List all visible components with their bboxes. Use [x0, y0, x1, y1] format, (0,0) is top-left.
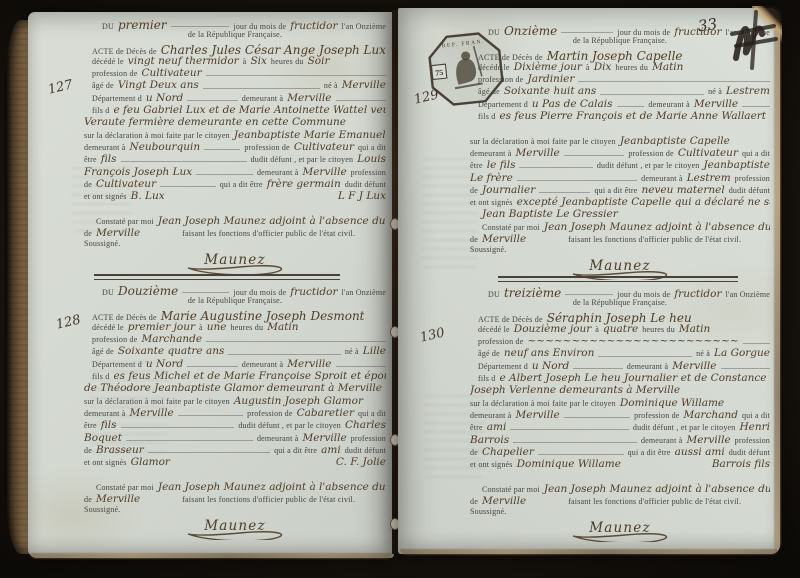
blank-line	[513, 442, 637, 443]
officer-signature: Maunez	[565, 258, 675, 280]
printed-signed-label: et ont signés	[470, 198, 513, 207]
printed-at-label: à	[199, 323, 203, 332]
printed-residing-label: demeurant à	[257, 434, 299, 443]
blank-line	[178, 415, 243, 416]
printed-residing-label: demeurant à	[242, 94, 284, 103]
printed-of-label: de	[84, 495, 92, 504]
handwritten-declarant2-residence: Merville	[302, 432, 346, 444]
printed-who-said-label: qui a dit	[358, 143, 386, 152]
printed-declaration-label: sur la déclaration à moi faite par le ci…	[84, 397, 230, 406]
printed-of-label: de	[470, 235, 478, 244]
printed-de-label: de	[84, 180, 92, 189]
printed-of-deceased2-label: dudit défunt	[345, 446, 386, 455]
act-department-line: Département d u Nord demeurant à Mervill…	[84, 92, 386, 104]
printed-certified-label: Constaté par moi	[96, 483, 154, 492]
printed-son-of-label: fils d	[92, 106, 109, 115]
handwritten-department: u Nord	[532, 360, 569, 372]
handwritten-declarant2-name-start: Henri	[739, 421, 770, 433]
printed-son-of-label: fils d	[478, 112, 495, 121]
act-profession-line: profession de Cultivateur	[84, 67, 386, 79]
handwritten-commune: Merville	[96, 493, 140, 505]
handwritten-death-day: premier jour	[128, 321, 195, 333]
act-parents-line: fils d es feus Pierre François et de Mar…	[470, 110, 770, 122]
handwritten-residence: Merville	[694, 98, 738, 110]
handwritten-residence: Merville	[287, 92, 331, 104]
handwritten-parents-continued: de Théodore Jeanbaptiste Glamor demeuran…	[84, 382, 382, 394]
act-certified-line: Constaté par moi Jean Joseph Maunez adjo…	[84, 215, 386, 227]
printed-profession-word: profession	[735, 436, 770, 445]
act-republic-line: de la République Française.	[84, 30, 386, 42]
blank-line	[517, 180, 637, 181]
act-declarant1-line: demeurant à Merville profession de Culti…	[470, 147, 770, 159]
handwritten-birthplace: Merville	[342, 79, 386, 91]
act-relation2-line: de Cultivateur qui a dit être frère germ…	[84, 178, 386, 190]
page-right: 33 REP. FRAN. 75 129 130 DU Onzième jour…	[398, 8, 780, 554]
printed-to-be-label: être	[470, 161, 483, 170]
printed-at-label: à	[586, 63, 590, 72]
blank-line	[206, 341, 386, 342]
act-profession-line: profession de Jardinier	[470, 73, 770, 85]
printed-age-label: âgé de	[478, 349, 500, 358]
blank-line	[598, 356, 692, 357]
handwritten-signature-left: excepté Jeanbaptiste Capelle qui a décla…	[517, 196, 770, 208]
act-declarant2-line: Boquet demeurant à Merville profession	[84, 432, 386, 444]
printed-of-deceased-label: dudit défunt , et par le citoyen	[597, 161, 700, 170]
handwritten-declarant1-profession: Cabaretier	[297, 407, 354, 419]
printed-to-be-label: être	[84, 421, 97, 430]
handwritten-department: u Nord	[146, 92, 183, 104]
blank-line	[617, 106, 645, 107]
act-date-line: DU treizième jour du mois de fructidor l…	[470, 286, 770, 298]
handwritten-birthplace: Lestrem	[726, 85, 770, 97]
handwritten-declarant1-name: Jeanbaptiste Capelle	[620, 135, 730, 147]
act-declarant1-line: demeurant à Neubourquin profession de Cu…	[84, 141, 386, 153]
act-name-line: ACTE de Décès de Martin Joseph Capelle	[470, 49, 770, 61]
handwritten-residence: Merville	[287, 358, 331, 370]
handwritten-death-day: Dixième jour	[514, 61, 582, 73]
act-commune-line: de Merville faisant les fonctions d'offi…	[84, 227, 386, 239]
printed-signed-label: et ont signés	[84, 458, 127, 467]
act-age-line: âgé de Soixante huit ans né à Lestrem	[470, 85, 770, 97]
printed-at-label: à	[595, 325, 599, 334]
printed-profession-label: profession de	[244, 143, 289, 152]
printed-du-label: DU	[488, 28, 500, 37]
act-officer-signature-line: Maunez	[84, 518, 386, 540]
blank-line	[187, 100, 238, 101]
printed-republic-label: de la République Française.	[573, 36, 667, 45]
printed-certified-label: Constaté par moi	[482, 223, 540, 232]
printed-born-label: né à	[324, 81, 338, 90]
act-declarant2-line: Barrois demeurant à Merville profession	[470, 434, 770, 446]
printed-hours-label: heures du	[231, 323, 264, 332]
act-relation2-line: de Chapelier qui a dit être aussi ami du…	[470, 446, 770, 458]
printed-signed-label: et ont signés	[470, 460, 513, 469]
blank-line	[171, 26, 230, 27]
act-parents-line: fils d e Albert Joseph Le heu Journalier…	[470, 372, 770, 384]
handwritten-declarant2-relation: neveu maternel	[641, 184, 724, 196]
printed-profession-label: profession de	[92, 335, 137, 344]
act-declaration-line: sur la déclaration à moi faite par le ci…	[470, 135, 770, 147]
act-signed-overflow-line: Jean Baptiste Le Gressier	[470, 208, 770, 220]
blank-line	[565, 294, 613, 295]
blank-line	[561, 32, 613, 33]
act-signed-line: et ont signés Dominique Willame Barrois …	[470, 458, 770, 470]
printed-of-deceased2-label: dudit défunt	[729, 186, 770, 195]
printed-died-label: décédé le	[478, 325, 510, 334]
handwritten-declarant1-relation: le fils	[487, 159, 516, 171]
handwritten-profession: Jardinier	[527, 73, 574, 85]
handwritten-officer: Jean Joseph Maunez adjoint à l'absence d…	[544, 483, 770, 495]
handwritten-declarant2-name-start: Louis	[357, 153, 386, 165]
handwritten-profession: ~~~~~~~~~~~~~~~~~~~~~~~~	[527, 335, 738, 347]
printed-who-said-label: qui a dit	[358, 409, 386, 418]
printed-residing-label: demeurant à	[257, 168, 299, 177]
act-commune-line: de Merville faisant les fonctions d'offi…	[84, 493, 386, 505]
handwritten-birthplace: La Gorgue	[714, 347, 770, 359]
act-commune-line: de Merville faisant les fonctions d'offi…	[470, 233, 770, 245]
blank-line	[121, 427, 235, 428]
act-declaration-line: sur la déclaration à moi faite par le ci…	[470, 397, 770, 409]
death-act: DU premier jour du mois de fructidor l'a…	[84, 18, 386, 274]
printed-born-label: né à	[708, 87, 722, 96]
printed-republic-label: de la République Française.	[188, 296, 282, 305]
act-relation1-line: être le fils dudit défunt , et par le ci…	[470, 159, 770, 171]
handwritten-time-of-day: Soir	[308, 55, 330, 67]
handwritten-month: fructidor	[674, 288, 721, 300]
act-declaration-line: sur la déclaration à moi faite par le ci…	[84, 395, 386, 407]
printed-of-label: de	[84, 229, 92, 238]
printed-year-label: l'an Onzième	[342, 22, 387, 31]
handwritten-signature-extra: Jean Baptiste Le Gressier	[482, 208, 618, 220]
printed-undersigned-label: Soussigné.	[84, 505, 120, 514]
handwritten-signature-left: Glamor	[131, 456, 170, 468]
act-death-line: décédé le Douzième jour à quatre heures …	[470, 323, 770, 335]
blank-line	[743, 343, 770, 344]
act-name-line: ACTE de Décès de Séraphin Joseph Le heu	[470, 311, 770, 323]
handwritten-parents-continued: Veraute fermière demeurante en cette Com…	[84, 116, 346, 128]
handwritten-declarant1-relation: fils	[101, 153, 117, 165]
printed-who-said-label: qui a dit	[742, 149, 770, 158]
printed-residing-label: demeurant à	[470, 411, 512, 420]
act-undersigned-line: Soussigné.	[84, 239, 386, 251]
printed-profession-label: profession de	[634, 411, 679, 420]
blank-line	[721, 368, 770, 369]
handwritten-time-of-day: Matin	[267, 321, 298, 333]
handwritten-declarant2-name-end: François Joseph Lux	[84, 166, 192, 178]
blank-line	[204, 149, 240, 150]
signature-flourish	[180, 263, 290, 274]
handwritten-declarant1-name: Augustin Joseph Glamor	[234, 395, 363, 407]
printed-residing-label: demeurant à	[641, 174, 683, 183]
handwritten-declarant2-residence: Lestrem	[687, 172, 731, 184]
act-signed-overflow-line	[470, 470, 770, 482]
blank-line	[742, 106, 770, 107]
blank-line	[126, 440, 253, 441]
act-declarant2-line: Le frère demeurant à Lestrem profession	[470, 172, 770, 184]
printed-of-deceased2-label: dudit défunt	[345, 180, 386, 189]
printed-undersigned-label: Soussigné.	[84, 239, 120, 248]
handwritten-officer: Jean Joseph Maunez adjoint à l'absence d…	[158, 481, 386, 493]
printed-department-label: Département d	[478, 362, 528, 371]
printed-to-be-label: être	[470, 423, 483, 432]
register-book-scan: 127 128 DU premier jour du mois de fruct…	[0, 0, 800, 578]
handwritten-declarant2-name-end: Le frère	[470, 172, 513, 184]
blank-line	[578, 81, 770, 82]
handwritten-declarant1-residence: Merville	[516, 147, 560, 159]
printed-of-deceased-label: dudit défunt , et par le citoyen	[251, 155, 354, 164]
blank-line	[510, 429, 629, 430]
act-signed-line: et ont signés excepté Jeanbaptiste Capel…	[470, 196, 770, 208]
printed-du-label: DU	[102, 288, 114, 297]
handwritten-signature-left: Dominique Willame	[517, 458, 621, 470]
printed-profession-label: profession de	[92, 69, 137, 78]
printed-de-label: de	[470, 186, 478, 195]
act-margin-number: 128	[55, 312, 83, 332]
act-signed-line: et ont signés Glamor C. F. Jolie	[84, 456, 386, 468]
printed-hours-label: heures du	[615, 63, 648, 72]
act-declarant2-line: François Joseph Lux demeurant à Merville…	[84, 166, 386, 178]
printed-declaration-label: sur la déclaration à moi faite par le ci…	[84, 131, 230, 140]
printed-de-label: de	[84, 446, 92, 455]
handwritten-signature-right: C. F. Jolie	[336, 456, 386, 468]
blank-line	[573, 368, 623, 369]
printed-du-label: DU	[488, 290, 500, 299]
blank-line	[600, 94, 704, 95]
blank-line	[196, 174, 253, 175]
blank-line	[160, 186, 216, 187]
blank-line	[148, 452, 270, 453]
printed-department-label: Département d	[92, 94, 142, 103]
handwritten-declarant1-name: Jeanbaptiste Marie Emanuel Lux	[234, 129, 386, 141]
act-divider-rule	[94, 274, 340, 280]
act-declaration-line: sur la déclaration à moi faite par le ci…	[84, 129, 386, 141]
printed-functions-label: faisant les fonctions d'officier public …	[568, 497, 741, 506]
printed-who-said-to-be-label: qui a dit être	[274, 446, 317, 455]
handwritten-month: fructidor	[290, 20, 337, 32]
printed-residing-label: demeurant à	[242, 360, 284, 369]
act-certified-line: Constaté par moi Jean Joseph Maunez adjo…	[470, 483, 770, 495]
handwritten-declarant2-relation: frère germain	[267, 178, 341, 190]
printed-son-of-label: fils d	[92, 372, 109, 381]
printed-age-label: âgé de	[92, 347, 114, 356]
handwritten-declarant1-profession: Cultivateur	[294, 141, 354, 153]
handwritten-age: Soixante quatre ans	[118, 345, 225, 357]
printed-republic-label: de la République Française.	[573, 298, 667, 307]
act-parents-line: fils d e feu Gabriel Lux et de Marie Ant…	[84, 104, 386, 116]
printed-republic-label: de la République Française.	[188, 30, 282, 39]
act-profession-line: profession de ~~~~~~~~~~~~~~~~~~~~~~~~	[470, 335, 770, 347]
act-death-line: décédé le vingt neuf thermidor à Six heu…	[84, 55, 386, 67]
act-relation1-line: être fils dudit défunt , et par le citoy…	[84, 419, 386, 431]
act-undersigned-line: Soussigné.	[470, 507, 770, 519]
handwritten-officer: Jean Joseph Maunez adjoint à l'absence d…	[544, 221, 770, 233]
act-republic-line: de la République Française.	[470, 298, 770, 310]
handwritten-declarant1-profession: Marchand	[684, 409, 738, 421]
printed-died-label: décédé le	[92, 323, 124, 332]
signature-flourish	[180, 529, 290, 540]
printed-profession-word: profession	[735, 174, 770, 183]
handwritten-parents: es feus Pierre François et de Marie Anne…	[499, 110, 766, 122]
printed-residing-label: demeurant à	[641, 436, 683, 445]
blank-line	[182, 292, 229, 293]
handwritten-declarant2-profession: Journalier	[482, 184, 535, 196]
act-age-line: âgé de neuf ans Environ né à La Gorgue	[470, 347, 770, 359]
handwritten-declarant1-residence: Neubourquin	[130, 141, 201, 153]
printed-declaration-label: sur la déclaration à moi faite par le ci…	[470, 137, 616, 146]
act-age-line: âgé de Soixante quatre ans né à Lille	[84, 345, 386, 357]
blank-line	[121, 161, 247, 162]
printed-of-deceased-label: dudit défunt , et par le citoyen	[238, 421, 341, 430]
printed-year-label: l'an Onzième	[726, 28, 771, 37]
handwritten-commune: Merville	[482, 233, 526, 245]
officer-signature: Maunez	[180, 518, 290, 540]
handwritten-day: premier	[118, 18, 167, 32]
handwritten-commune: Merville	[96, 227, 140, 239]
printed-profession-word: profession	[351, 168, 386, 177]
handwritten-parents: e Albert Joseph Le heu Journalier et de …	[499, 372, 766, 384]
death-act: DU Douzième jour du mois de fructidor l'…	[84, 284, 386, 540]
act-name-line: ACTE de Décès de Marie Augustine Joseph …	[84, 309, 386, 321]
signature-flourish	[565, 531, 675, 542]
printed-born-label: né à	[696, 349, 710, 358]
handwritten-declarant1-residence: Merville	[516, 409, 560, 421]
handwritten-month: fructidor	[290, 286, 337, 298]
printed-son-of-label: fils d	[478, 374, 495, 383]
handwritten-age: Soixante huit ans	[504, 85, 596, 97]
printed-year-label: l'an Onzième	[726, 290, 771, 299]
act-date-line: DU Douzième jour du mois de fructidor l'…	[84, 284, 386, 296]
printed-of-label: de	[470, 497, 478, 506]
printed-de-label: de	[470, 448, 478, 457]
printed-profession-label: profession de	[478, 75, 523, 84]
blank-line	[187, 366, 238, 367]
handwritten-declarant2-name-start: Jeanbaptiste	[703, 159, 770, 171]
handwritten-parents-continued: Joseph Verlenne demeurants à Merville	[470, 384, 680, 396]
blank-line	[564, 155, 625, 156]
act-margin-number: 130	[419, 325, 447, 345]
printed-residing-label: demeurant à	[84, 143, 126, 152]
act-signed-overflow-line	[84, 468, 386, 480]
printed-certified-label: Constaté par moi	[96, 217, 154, 226]
handwritten-day: Douzième	[118, 284, 178, 298]
act-death-line: décédé le premier jour à une heures du M…	[84, 321, 386, 333]
printed-died-label: décédé le	[92, 57, 124, 66]
handwritten-declarant2-profession: Cultivateur	[96, 178, 156, 190]
act-parents-overflow-line: de Théodore Jeanbaptiste Glamor demeuran…	[84, 382, 386, 394]
handwritten-age: Vingt Deux ans	[118, 79, 199, 91]
act-signed-line: et ont signés B. Lux L F J Lux	[84, 190, 386, 202]
printed-functions-label: faisant les fonctions d'officier public …	[568, 235, 741, 244]
act-profession-line: profession de Marchande	[84, 333, 386, 345]
blank-line	[336, 366, 386, 367]
act-certified-line: Constaté par moi Jean Joseph Maunez adjo…	[84, 481, 386, 493]
handwritten-signature-left: B. Lux	[131, 190, 165, 202]
printed-hours-label: heures du	[271, 57, 304, 66]
act-parents-line: fils d es feus Michel et de Marie Franço…	[84, 370, 386, 382]
handwritten-parents: es feus Michel et de Marie Françoise Spr…	[113, 370, 386, 382]
printed-residing-label: demeurant à	[648, 100, 690, 109]
act-republic-line: de la République Française.	[470, 36, 770, 48]
printed-residing-label: demeurant à	[84, 409, 126, 418]
handwritten-death-day: Douzième jour	[514, 323, 591, 335]
printed-year-label: l'an Onzième	[342, 288, 387, 297]
handwritten-declarant2-name-end: Boquet	[84, 432, 122, 444]
printed-born-label: né à	[345, 347, 359, 356]
blank-line	[203, 88, 320, 89]
handwritten-death-day: vingt neuf thermidor	[128, 55, 239, 67]
act-department-line: Département d u Nord demeurant à Mervill…	[84, 358, 386, 370]
handwritten-signature-right: Barrois fils	[712, 458, 770, 470]
handwritten-declarant1-name: Dominique Willame	[620, 397, 724, 409]
handwritten-officer: Jean Joseph Maunez adjoint à l'absence d…	[158, 215, 386, 227]
act-date-line: DU premier jour du mois de fructidor l'a…	[84, 18, 386, 30]
act-declarant1-line: demeurant à Merville profession de March…	[470, 409, 770, 421]
handwritten-day: Onzième	[504, 24, 557, 38]
printed-department-label: Département d	[478, 100, 528, 109]
act-certified-line: Constaté par moi Jean Joseph Maunez adjo…	[470, 221, 770, 233]
printed-certified-label: Constaté par moi	[482, 485, 540, 494]
act-date-line: DU Onzième jour du mois de fructidor l'a…	[470, 24, 770, 36]
act-relation1-line: être fils dudit défunt , et par le citoy…	[84, 153, 386, 165]
handwritten-residence: Merville	[672, 360, 716, 372]
printed-to-be-label: être	[84, 155, 97, 164]
handwritten-department: u Nord	[146, 358, 183, 370]
act-death-line: décédé le Dixième jour à Dix heures du M…	[470, 61, 770, 73]
printed-age-label: âgé de	[92, 81, 114, 90]
handwritten-profession: Marchande	[141, 333, 202, 345]
handwritten-declarant2-residence: Merville	[686, 434, 730, 446]
handwritten-declarant1-residence: Merville	[130, 407, 174, 419]
act-officer-signature-line: Maunez	[470, 520, 770, 542]
printed-at-label: à	[243, 57, 247, 66]
officer-signature: Maunez	[180, 252, 290, 274]
handwritten-hour: une	[207, 321, 227, 333]
act-republic-line: de la République Française.	[84, 296, 386, 308]
act-declarant1-line: demeurant à Merville profession de Cabar…	[84, 407, 386, 419]
handwritten-month: fructidor	[674, 26, 721, 38]
printed-residing-label: demeurant à	[627, 362, 669, 371]
handwritten-declarant2-profession: Brasseur	[96, 444, 144, 456]
act-parents-overflow-line: Veraute fermière demeurante en cette Com…	[84, 116, 386, 128]
handwritten-declarant2-profession: Chapelier	[482, 446, 534, 458]
stamp-value: 75	[435, 68, 444, 78]
printed-profession-label: profession de	[478, 337, 523, 346]
printed-profession-word: profession	[351, 434, 386, 443]
page-left: 127 128 DU premier jour du mois de fruct…	[28, 12, 394, 558]
handwritten-declarant1-relation: fils	[101, 419, 117, 431]
printed-functions-label: faisant les fonctions d'officier public …	[182, 229, 355, 238]
printed-undersigned-label: Soussigné.	[470, 245, 506, 254]
printed-profession-label: profession de	[247, 409, 292, 418]
handwritten-declarant2-name-start: Charles	[345, 419, 386, 431]
printed-who-said-to-be-label: qui a dit être	[220, 180, 263, 189]
handwritten-time-of-day: Matin	[652, 61, 683, 73]
handwritten-department: u Pas de Calais	[532, 98, 613, 110]
act-parents-overflow-line	[470, 122, 770, 134]
handwritten-day: treizième	[504, 286, 561, 300]
act-relation1-line: être ami dudit défunt , et par le citoye…	[470, 421, 770, 433]
handwritten-birthplace: Lille	[363, 345, 386, 357]
printed-undersigned-label: Soussigné.	[470, 507, 506, 516]
blank-line	[228, 354, 340, 355]
printed-of-deceased-label: dudit défunt , et par le citoyen	[633, 423, 736, 432]
printed-who-said-label: qui a dit	[742, 411, 770, 420]
printed-declaration-label: sur la déclaration à moi faite par le ci…	[470, 399, 616, 408]
blank-line	[538, 454, 624, 455]
death-act: DU treizième jour du mois de fructidor l…	[470, 286, 770, 542]
printed-hours-label: heures du	[642, 325, 675, 334]
printed-who-said-to-be-label: qui a dit être	[628, 448, 671, 457]
